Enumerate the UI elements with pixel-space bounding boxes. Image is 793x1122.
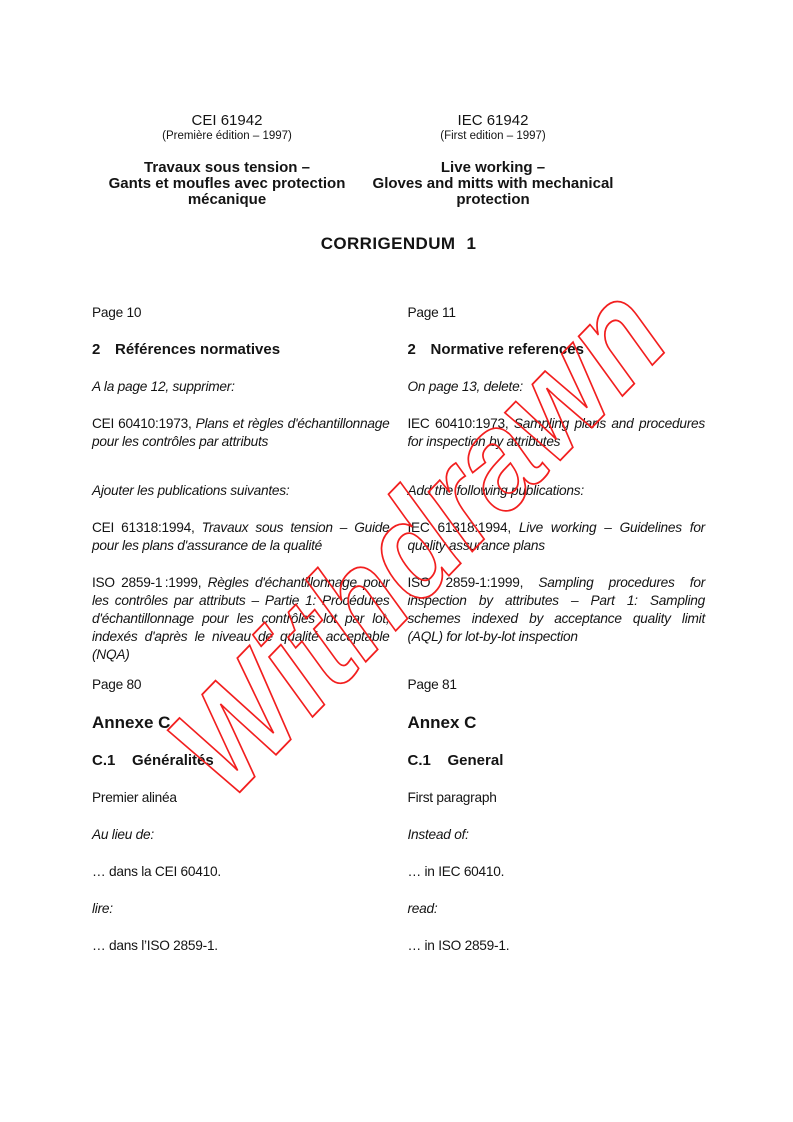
- new-text: … dans l’ISO 2859-1.: [92, 937, 390, 955]
- new-text: … in ISO 2859-1.: [408, 937, 706, 955]
- normative-reference: CEI 60410:1973, Plans et règles d'échan­…: [92, 415, 390, 451]
- title-english-line-1: Live working –: [358, 160, 628, 176]
- title-french-line-2: Gants et moufles avec protection: [92, 176, 362, 192]
- column-english: Page 11 2Normative references On page 13…: [408, 304, 706, 974]
- normative-reference: CEI 61318:1994, Travaux sous tension – G…: [92, 519, 390, 555]
- title-french-line-1: Travaux sous tension –: [92, 160, 362, 176]
- doc-number-english: IEC 61942: [358, 113, 628, 129]
- normative-reference: IEC 61318:1994, Live working – Guideline…: [408, 519, 706, 555]
- section-heading: 2Normative references: [408, 341, 706, 359]
- section-title: Références normatives: [115, 341, 280, 358]
- title-french: Travaux sous tension – Gants et moufles …: [92, 160, 362, 208]
- document-page: CEI 61942 (Première édition – 1997) Trav…: [0, 0, 793, 1122]
- page-ref: Page 10: [92, 304, 390, 322]
- reference-label: IEC 60410:1973,: [408, 416, 514, 431]
- add-instruction: Add the following publications:: [408, 482, 706, 500]
- title-english: Live working – Gloves and mitts with mec…: [358, 160, 628, 208]
- section-title: Normative references: [431, 341, 584, 358]
- subsection-number: C.1: [92, 752, 132, 770]
- subsection-title: Généralités: [132, 752, 214, 769]
- doc-number-french: CEI 61942: [92, 113, 362, 129]
- reference-label: IEC 61318:1994,: [408, 520, 519, 535]
- normative-reference: ISO 2859-1 :1999, Règles d'échantillonna…: [92, 574, 390, 664]
- edition-english: (First edition – 1997): [358, 129, 628, 143]
- corrigendum-number: 1: [466, 234, 476, 253]
- normative-reference: IEC 60410:1973, Sampling plans and proce…: [408, 415, 706, 451]
- old-text: … dans la CEI 60410.: [92, 863, 390, 881]
- delete-instruction: A la page 12, supprimer:: [92, 378, 390, 396]
- edition-french: (Première édition – 1997): [92, 129, 362, 143]
- section-number: 2: [408, 341, 431, 359]
- reference-label: ISO 2859-1:1999,: [408, 575, 539, 590]
- subsection-number: C.1: [408, 752, 448, 770]
- column-french: Page 10 2Références normatives A la page…: [92, 304, 390, 974]
- read-label: read:: [408, 900, 706, 918]
- normative-reference: ISO 2859-1:1999, Sampling procedures for…: [408, 574, 706, 646]
- add-instruction: Ajouter les publications suivantes:: [92, 482, 390, 500]
- annex-heading: Annex C: [408, 713, 706, 733]
- reference-label: ISO 2859-1 :1999,: [92, 575, 208, 590]
- header-english: IEC 61942 (First edition – 1997) Live wo…: [358, 113, 628, 208]
- corrigendum-word: CORRIGENDUM: [321, 234, 456, 253]
- header-french: CEI 61942 (Première édition – 1997) Trav…: [92, 113, 362, 208]
- subsection-heading: C.1General: [408, 752, 706, 770]
- delete-instruction: On page 13, delete:: [408, 378, 706, 396]
- old-text: … in IEC 60410.: [408, 863, 706, 881]
- reference-label: CEI 60410:1973,: [92, 416, 196, 431]
- page-ref: Page 80: [92, 676, 390, 694]
- subsection-heading: C.1Généralités: [92, 752, 390, 770]
- body-columns: Page 10 2Références normatives A la page…: [92, 304, 705, 974]
- paragraph-label: First paragraph: [408, 789, 706, 807]
- annex-heading: Annexe C: [92, 713, 390, 733]
- subsection-title: General: [448, 752, 504, 769]
- section-number: 2: [92, 341, 115, 359]
- instead-of-label: Au lieu de:: [92, 826, 390, 844]
- section-heading: 2Références normatives: [92, 341, 390, 359]
- page-ref: Page 81: [408, 676, 706, 694]
- read-label: lire:: [92, 900, 390, 918]
- title-english-line-2: Gloves and mitts with mechanical: [358, 176, 628, 192]
- corrigendum-heading: CORRIGENDUM1: [92, 234, 705, 254]
- title-english-line-3: protection: [358, 192, 628, 208]
- page-ref: Page 11: [408, 304, 706, 322]
- paragraph-label: Premier alinéa: [92, 789, 390, 807]
- title-french-line-3: mécanique: [92, 192, 362, 208]
- instead-of-label: Instead of:: [408, 826, 706, 844]
- reference-label: CEI 61318:1994,: [92, 520, 202, 535]
